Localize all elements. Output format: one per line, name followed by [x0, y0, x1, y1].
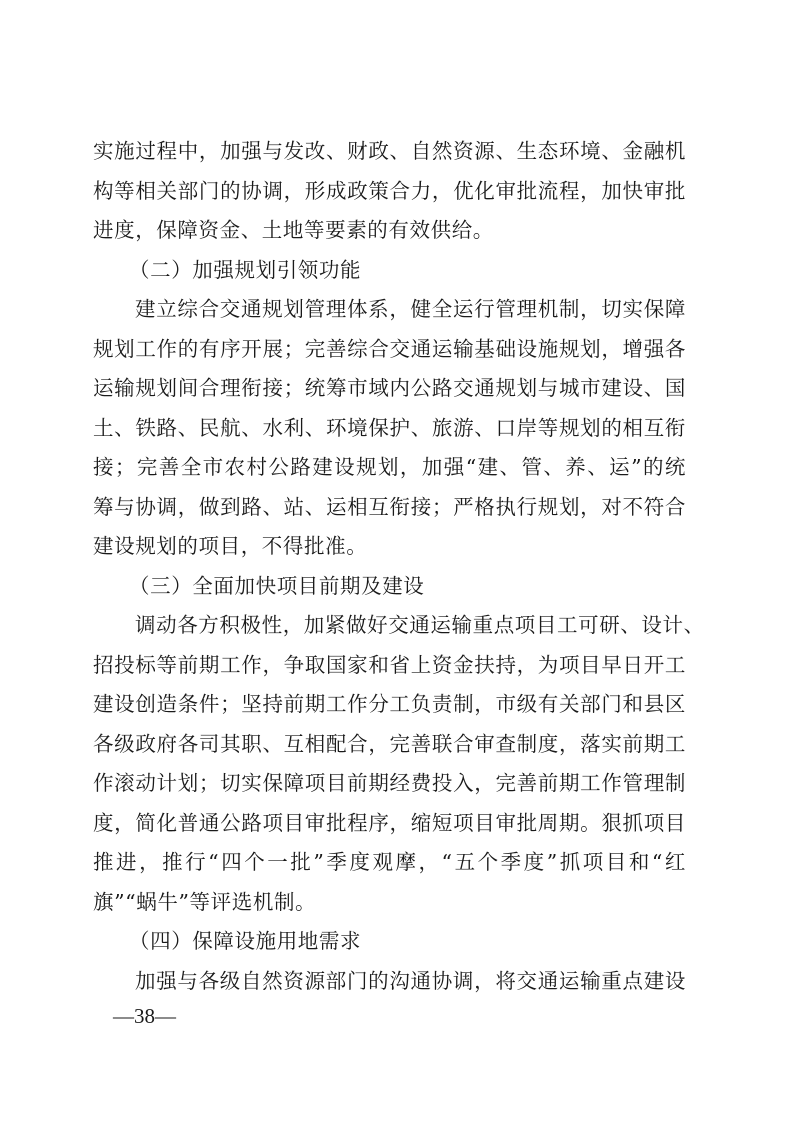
section-heading-4: （四）保障设施用地需求 — [93, 922, 686, 962]
body-line: 作滚动计划；切实保障项目前期经费投入，完善前期工作管理制 — [93, 764, 686, 804]
body-line: 加强与各级自然资源部门的沟通协调，将交通运输重点建设 — [93, 962, 686, 1002]
body-line: 进度，保障资金、土地等要素的有效供给。 — [93, 211, 686, 251]
body-line: 接；完善全市农村公路建设规划，加强“建、管、养、运”的统 — [93, 448, 686, 488]
body-line: 实施过程中，加强与发改、财政、自然资源、生态环境、金融机 — [93, 132, 686, 172]
body-line: 规划工作的有序开展；完善综合交通运输基础设施规划，增强各 — [93, 330, 686, 370]
body-line: 度，简化普通公路项目审批程序，缩短项目审批周期。狠抓项目 — [93, 804, 686, 844]
body-line: 调动各方积极性，加紧做好交通运输重点项目工可研、设计、 — [93, 606, 686, 646]
body-line: 土、铁路、民航、水利、环境保护、旅游、口岸等规划的相互衔 — [93, 409, 686, 449]
page-number: —38— — [113, 1003, 176, 1029]
body-line: 建立综合交通规划管理体系，健全运行管理机制，切实保障 — [93, 290, 686, 330]
body-line: 招投标等前期工作，争取国家和省上资金扶持，为项目早日开工 — [93, 646, 686, 686]
body-line: 旗”“蜗牛”等评选机制。 — [93, 883, 686, 923]
body-line: 建设创造条件；坚持前期工作分工负责制，市级有关部门和县区 — [93, 685, 686, 725]
document-page: 实施过程中，加强与发改、财政、自然资源、生态环境、金融机 构等相关部门的协调，形… — [93, 132, 686, 1001]
body-line: 构等相关部门的协调，形成政策合力，优化审批流程，加快审批 — [93, 172, 686, 212]
body-line: 推进，推行“四个一批”季度观摩，“五个季度”抓项目和“红 — [93, 843, 686, 883]
body-line: 建设规划的项目，不得批准。 — [93, 527, 686, 567]
section-heading-2: （二）加强规划引领功能 — [93, 251, 686, 291]
body-line: 运输规划间合理衔接；统筹市域内公路交通规划与城市建设、国 — [93, 369, 686, 409]
body-line: 筹与协调，做到路、站、运相互衔接；严格执行规划，对不符合 — [93, 488, 686, 528]
section-heading-3: （三）全面加快项目前期及建设 — [93, 567, 686, 607]
body-line: 各级政府各司其职、互相配合，完善联合审查制度，落实前期工 — [93, 725, 686, 765]
